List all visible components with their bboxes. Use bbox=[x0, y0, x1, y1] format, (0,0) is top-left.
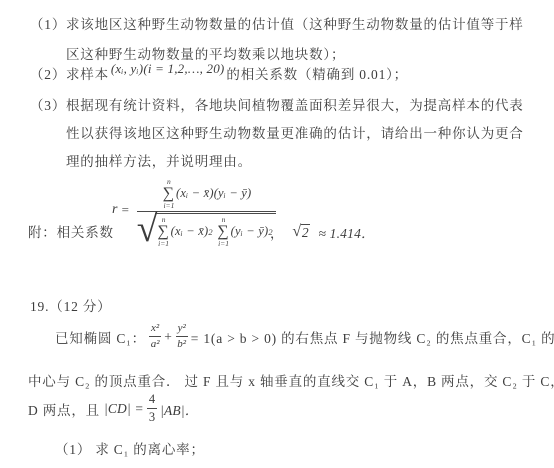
denominator-expression-y: (yᵢ − ȳ) bbox=[231, 224, 269, 239]
square-root: √ n ∑ i=1 (xᵢ − x̄)2 n ∑ i=1 bbox=[137, 213, 277, 247]
formula-denominator: √ n ∑ i=1 (xᵢ − x̄)2 n ∑ i=1 bbox=[137, 212, 277, 247]
formula-equals: = bbox=[122, 202, 130, 218]
part1-text-line2: 区这种野生动物数量的平均数乘以地块数）； bbox=[66, 43, 345, 63]
part2-suffix: 的相关系数（精确到 0.01）； bbox=[226, 63, 408, 83]
question-19-paragraph-1: 已知椭圆 C₁： x² a² + y² b² = 1(a > b > 0) 的右… bbox=[55, 322, 554, 351]
exam-document-page: （1） 求该地区这种野生动物数量的估计值（这种野生动物数量的估计值等于样 区这种… bbox=[0, 0, 554, 468]
question-19-paragraph-3: D 两点，且 |CD| = 4 3 |AB|． bbox=[28, 392, 198, 425]
question-19-heading: 19.（12 分） bbox=[30, 295, 111, 315]
sqrt2-approximation: ， √ 2 ≈ 1.414． bbox=[270, 222, 375, 242]
fraction-denominator: 3 bbox=[147, 409, 157, 425]
sigma-summation-symbol: n ∑ i=1 bbox=[163, 178, 175, 209]
part1-text-line1: 求该地区这种野生动物数量的估计值（这种野生动物数量的估计值等于样 bbox=[66, 13, 524, 33]
sample-notation-math: (xᵢ, yᵢ)(i = 1,2,…, 20) bbox=[111, 61, 225, 77]
sqrt2-expression: √ 2 bbox=[292, 224, 310, 241]
formula-note-label: 附：相关系数 bbox=[28, 221, 114, 241]
separator-comma: ， bbox=[270, 222, 284, 242]
part3-text-line1: 根据现有统计资料，各地块间植物覆盖面积差异很大，为提高样本的代表 bbox=[66, 94, 524, 114]
formula-fraction: n ∑ i=1 (xᵢ − x̄)(yᵢ − ȳ) √ n ∑ bbox=[137, 172, 277, 247]
ellipse-x-fraction: x² a² bbox=[149, 322, 161, 351]
approx-value: ≈ 1.414． bbox=[318, 222, 374, 242]
denominator-expression-x: (xᵢ − x̄) bbox=[171, 224, 209, 239]
sigma-summation-symbol: n ∑ i=1 bbox=[157, 216, 169, 247]
sigma-summation-symbol: n ∑ i=1 bbox=[217, 216, 229, 247]
plus-sign: + bbox=[164, 329, 172, 345]
fraction-numerator: 4 bbox=[147, 392, 157, 409]
part2-number: （2） bbox=[30, 63, 66, 83]
numerator-expression: (xᵢ − x̄)(yᵢ − ȳ) bbox=[176, 186, 251, 201]
ab-segment: |AB|． bbox=[160, 399, 198, 419]
formula-numerator: n ∑ i=1 (xᵢ − x̄)(yᵢ − ȳ) bbox=[137, 172, 277, 211]
part3-text-line3: 理的抽样方法，并说明理由。 bbox=[66, 150, 252, 170]
sum-glyph: ∑ bbox=[217, 224, 229, 240]
question-19-subpart-1: （1） 求 C₁ 的离心率； bbox=[55, 438, 205, 458]
formula-lhs: r bbox=[112, 202, 118, 218]
fraction-denominator: b² bbox=[176, 337, 188, 351]
sum-lower-limit: i=1 bbox=[218, 240, 229, 248]
part3-number: （3） bbox=[30, 94, 66, 114]
fraction-numerator: x² bbox=[149, 322, 161, 337]
ellipse-intro-text: 已知椭圆 C₁： bbox=[55, 327, 146, 347]
question-19-paragraph-2: 中心与 C₂ 的顶点重合． 过 F 且与 x 轴垂直的直线交 C₁ 于 A，B … bbox=[28, 370, 554, 390]
fraction-numerator: y² bbox=[176, 322, 188, 337]
four-thirds-fraction: 4 3 bbox=[147, 392, 157, 425]
ellipse-condition-text: = 1(a > b > 0) 的右焦点 F 与抛物线 C₂ 的焦点重合，C₁ 的 bbox=[191, 327, 554, 347]
d-points-text: D 两点，且 bbox=[28, 399, 100, 419]
fraction-denominator: a² bbox=[149, 337, 161, 351]
part2-row: （2） 求样本 (xᵢ, yᵢ)(i = 1,2,…, 20) 的相关系数（精确… bbox=[30, 63, 408, 83]
part1-number: （1） bbox=[30, 13, 66, 33]
ellipse-y-fraction: y² b² bbox=[176, 322, 188, 351]
sum-lower-limit: i=1 bbox=[163, 202, 174, 210]
sum-glyph: ∑ bbox=[163, 186, 175, 202]
cd-segment: |CD| = bbox=[104, 401, 144, 417]
correlation-coefficient-formula: r = n ∑ i=1 (xᵢ − x̄)(yᵢ − ȳ) √ bbox=[112, 172, 276, 247]
sum-glyph: ∑ bbox=[157, 224, 169, 240]
sum-lower-limit: i=1 bbox=[158, 240, 169, 248]
part3-text-line2: 性以获得该地区这种野生动物数量更准确的估计，请给出一种你认为更合 bbox=[66, 122, 524, 142]
sqrt2-radicand: 2 bbox=[301, 224, 311, 241]
part2-prefix: 求样本 bbox=[66, 63, 109, 83]
